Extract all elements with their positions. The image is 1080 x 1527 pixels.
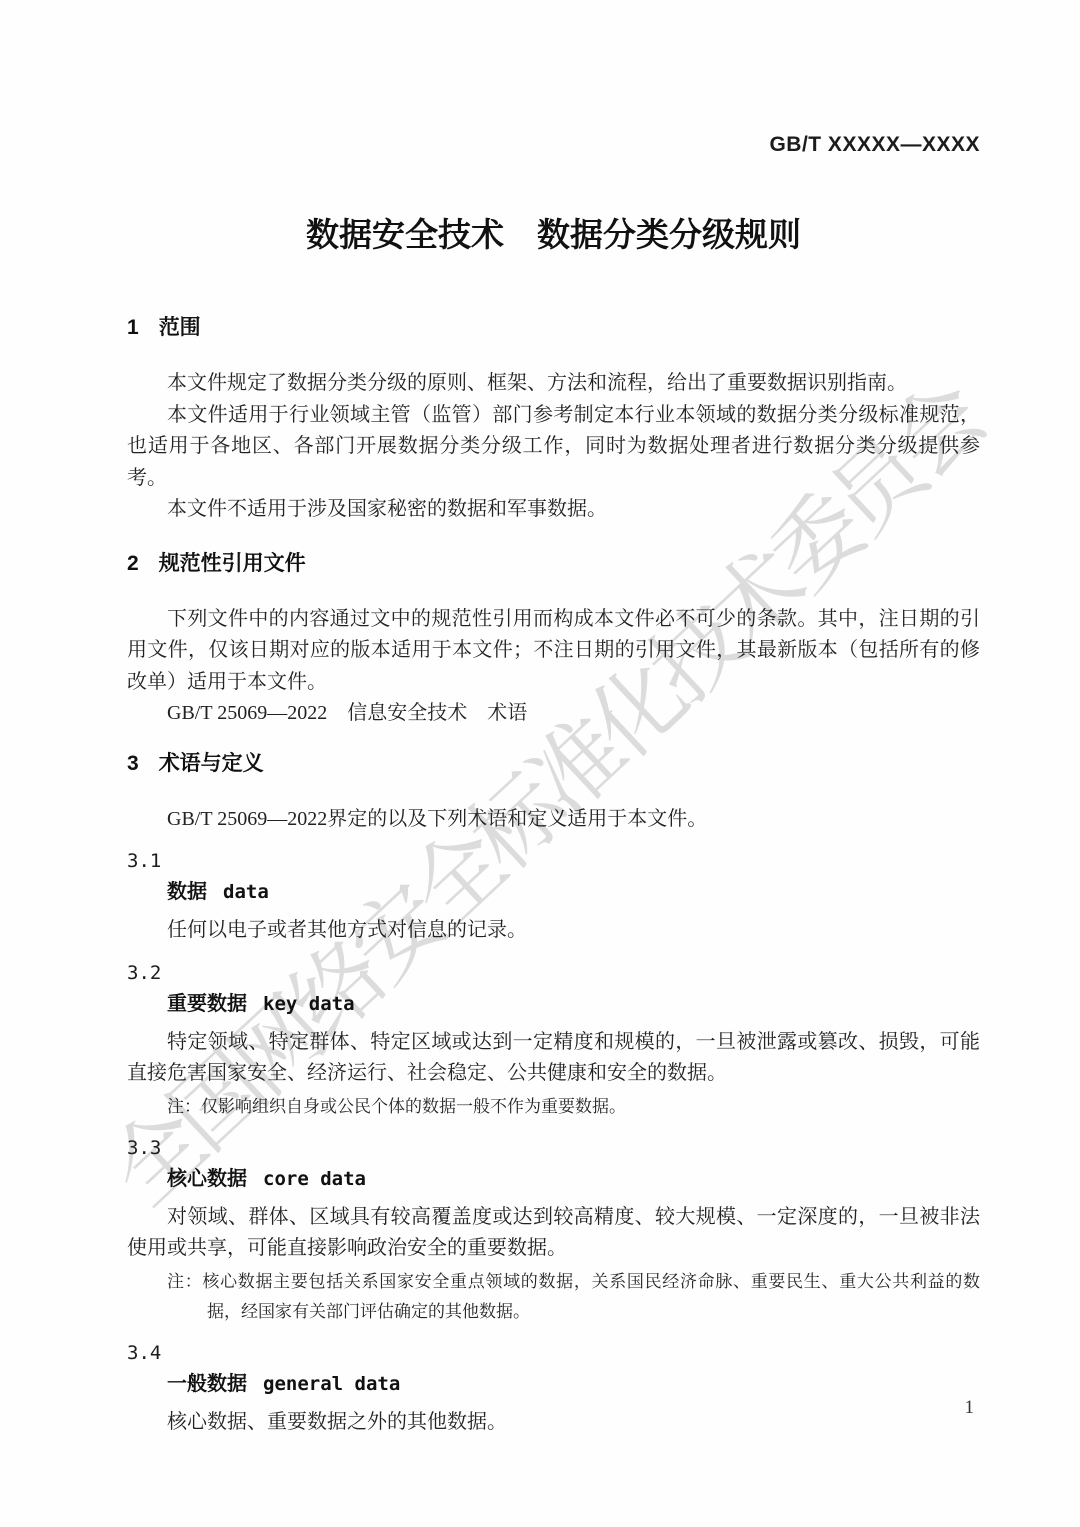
term-note: 注：核心数据主要包括关系国家安全重点领域的数据，关系国民经济命脉、重要民生、重大… (127, 1267, 980, 1327)
section-2-heading: 2规范性引用文件 (127, 550, 980, 578)
section-1-paragraph: 本文件适用于行业领域主管（监管）部门参考制定本行业本领域的数据分类分级标准规范，… (127, 400, 980, 495)
term-name-zh: 重要数据 (167, 993, 247, 1015)
term-name: 一般数据general data (127, 1371, 980, 1397)
term-name-en: data (223, 881, 269, 903)
term-name-zh: 一般数据 (167, 1373, 247, 1395)
note-text: 仅影响组织自身或公民个体的数据一般不作为重要数据。 (201, 1097, 626, 1116)
page-number: 1 (965, 1396, 975, 1420)
normative-reference: GB/T 25069—2022 信息安全技术 术语 (127, 698, 980, 730)
section-3-intro: GB/T 25069—2022界定的以及下列术语和定义适用于本文件。 (127, 804, 980, 836)
term-number: 3.3 (127, 1136, 980, 1160)
term-name-en: general data (263, 1373, 400, 1395)
section-2-number: 2 (127, 550, 139, 578)
term-definition: 核心数据、重要数据之外的其他数据。 (127, 1407, 980, 1439)
section-3-heading: 3术语与定义 (127, 750, 980, 778)
section-3-number: 3 (127, 750, 139, 778)
note-label: 注： (167, 1097, 201, 1116)
standard-code: GB/T XXXXX—XXXX (127, 0, 980, 158)
term-name-zh: 数据 (167, 881, 207, 903)
term-name-en: core data (263, 1168, 366, 1190)
term-name: 重要数据key data (127, 991, 980, 1017)
term-name: 核心数据core data (127, 1166, 980, 1192)
document-page: 全国网络安全标准化技术委员会 GB/T XXXXX—XXXX 数据安全技术 数据… (0, 0, 1080, 1527)
term-note: 注：仅影响组织自身或公民个体的数据一般不作为重要数据。 (127, 1092, 980, 1122)
section-3-title: 术语与定义 (159, 752, 264, 775)
term-number: 3.4 (127, 1341, 980, 1365)
term-number: 3.2 (127, 961, 980, 985)
section-1-number: 1 (127, 314, 139, 342)
term-name-zh: 核心数据 (167, 1168, 247, 1190)
section-1-heading: 1范围 (127, 314, 980, 342)
term-name: 数据data (127, 879, 980, 905)
document-title: 数据安全技术 数据分类分级规则 (127, 214, 980, 256)
term-name-en: key data (263, 993, 355, 1015)
term-definition: 特定领域、特定群体、特定区域或达到一定精度和规模的，一旦被泄露或篡改、损毁，可能… (127, 1027, 980, 1090)
page-content: GB/T XXXXX—XXXX 数据安全技术 数据分类分级规则 1范围 本文件规… (0, 0, 1080, 1438)
section-1-title: 范围 (159, 316, 201, 339)
term-number: 3.1 (127, 849, 980, 873)
section-1-paragraph: 本文件不适用于涉及国家秘密的数据和军事数据。 (127, 494, 980, 526)
term-definition: 对领域、群体、区域具有较高覆盖度或达到较高精度、较大规模、一定深度的，一旦被非法… (127, 1202, 980, 1265)
section-2-title: 规范性引用文件 (159, 552, 306, 575)
section-1-paragraph: 本文件规定了数据分类分级的原则、框架、方法和流程，给出了重要数据识别指南。 (127, 368, 980, 400)
note-text: 核心数据主要包括关系国家安全重点领域的数据，关系国民经济命脉、重要民生、重大公共… (202, 1272, 980, 1321)
note-label: 注： (167, 1272, 202, 1291)
section-2-paragraph: 下列文件中的内容通过文中的规范性引用而构成本文件必不可少的条款。其中，注日期的引… (127, 604, 980, 699)
term-definition: 任何以电子或者其他方式对信息的记录。 (127, 915, 980, 947)
